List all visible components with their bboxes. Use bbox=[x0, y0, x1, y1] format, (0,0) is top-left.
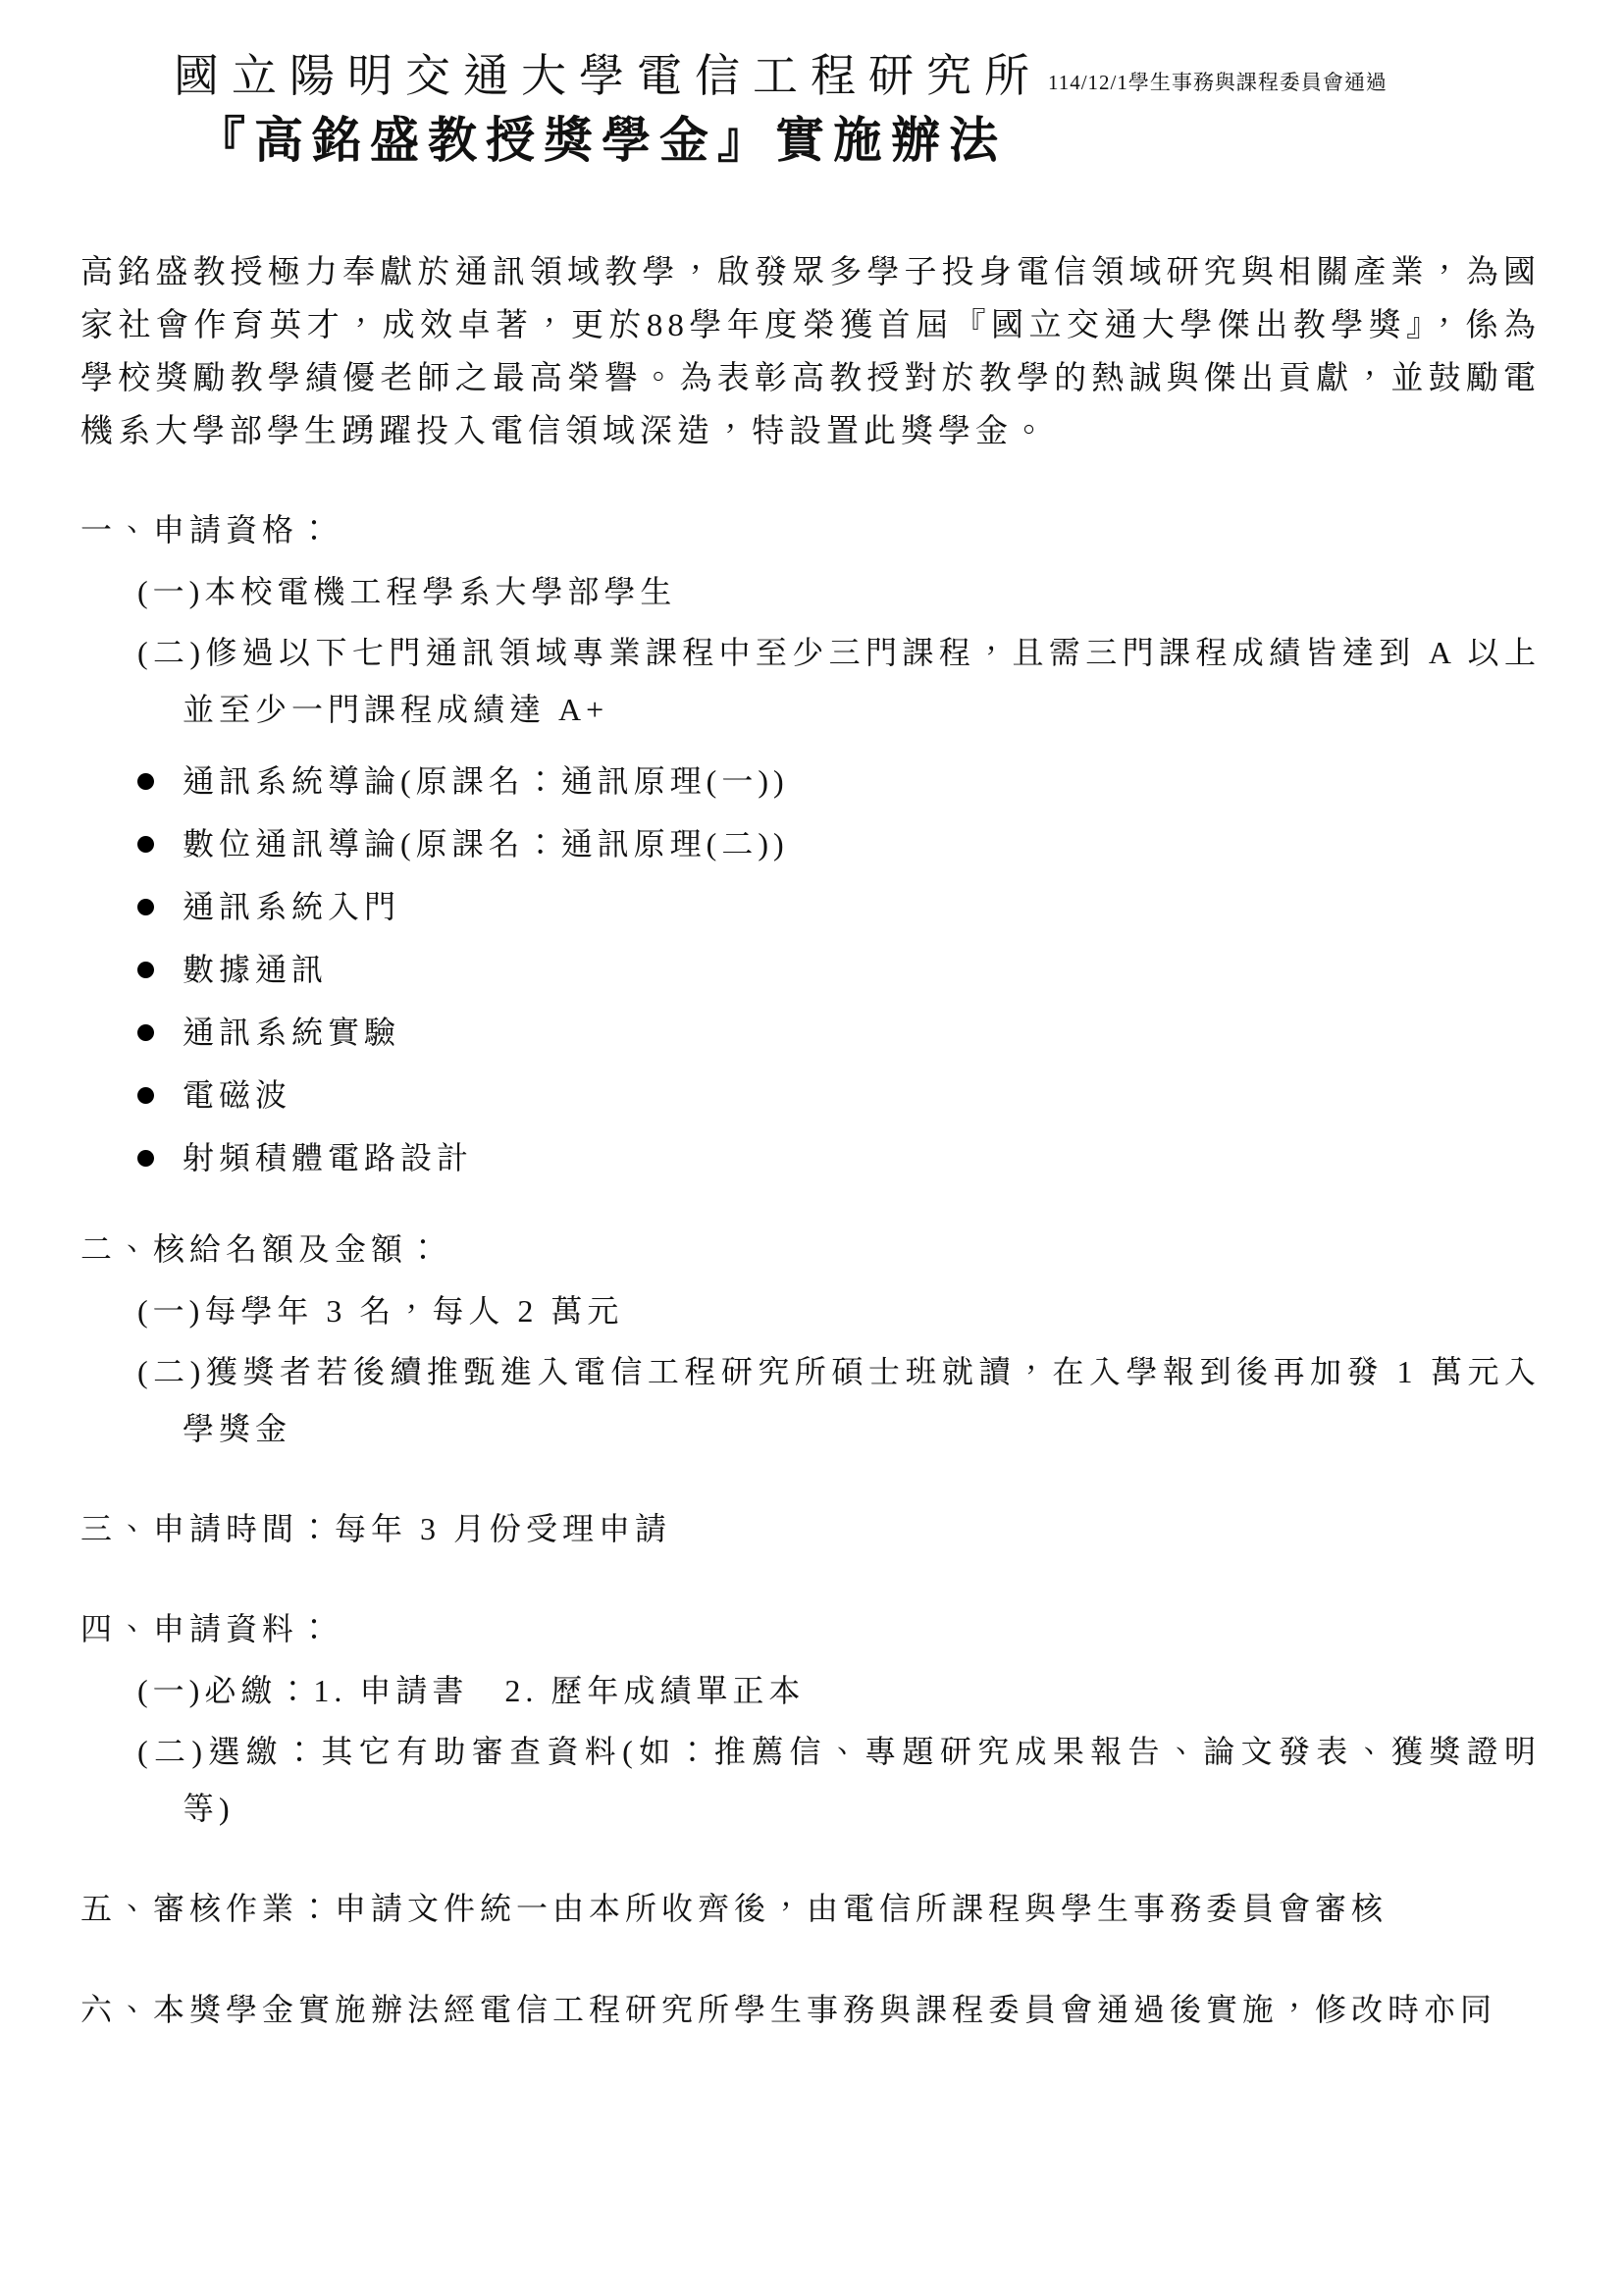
bullet-icon bbox=[137, 899, 154, 915]
bullet-icon bbox=[137, 962, 154, 978]
course-list-item: 通訊系統導論(原課名：通訊原理(一)) bbox=[137, 761, 1541, 801]
intro-paragraph: 高銘盛教授極力奉獻於通訊領域教學，啟發眾多學子投身電信領域研究與相關產業，為國家… bbox=[80, 246, 1541, 458]
section-item: (一)本校電機工程學系大學部學生 bbox=[137, 563, 1541, 620]
bullet-icon bbox=[137, 1024, 154, 1041]
course-list-item: 數據通訊 bbox=[137, 950, 1541, 989]
section-heading: 一、申請資格： bbox=[80, 501, 1541, 558]
course-name: 電磁波 bbox=[183, 1075, 291, 1115]
section-heading: 六、本獎學金實施辦法經電信工程研究所學生事務與課程委員會通過後實施，修改時亦同 bbox=[80, 1981, 1541, 2038]
course-name: 通訊系統導論(原課名：通訊原理(一)) bbox=[183, 761, 789, 801]
bullet-icon bbox=[137, 836, 154, 853]
course-name: 數據通訊 bbox=[183, 950, 328, 989]
section-quota-amount: 二、核給名額及金額： (一)每學年 3 名，每人 2 萬元 (二)獲獎者若後續推… bbox=[80, 1221, 1541, 1457]
bullet-icon bbox=[137, 773, 154, 790]
section-review-process: 五、審核作業：申請文件統一由本所收齊後，由電信所課程與學生事務委員會審核 bbox=[80, 1880, 1541, 1937]
section-item: (二)選繳：其它有助審查資料(如：推薦信、專題研究成果報告、論文發表、獲獎證明等… bbox=[137, 1723, 1541, 1837]
course-list-item: 電磁波 bbox=[137, 1075, 1541, 1115]
section-application-documents: 四、申請資料： (一)必繳：1. 申請書 2. 歷年成績單正本 (二)選繳：其它… bbox=[80, 1600, 1541, 1837]
section-heading: 三、申請時間：每年 3 月份受理申請 bbox=[80, 1500, 1541, 1557]
bullet-icon bbox=[137, 1087, 154, 1104]
course-list-item: 通訊系統實驗 bbox=[137, 1013, 1541, 1052]
section-heading: 二、核給名額及金額： bbox=[80, 1221, 1541, 1278]
course-list-item: 數位通訊導論(原課名：通訊原理(二)) bbox=[137, 824, 1541, 863]
page-title: 國立陽明交通大學電信工程研究所 bbox=[174, 51, 1042, 103]
document-header: 國立陽明交通大學電信工程研究所 114/12/1學生事務與課程委員會通過 『高銘… bbox=[80, 51, 1541, 170]
section-heading: 四、申請資料： bbox=[80, 1600, 1541, 1657]
section-item: (一)必繳：1. 申請書 2. 歷年成績單正本 bbox=[137, 1662, 1541, 1719]
course-name: 數位通訊導論(原課名：通訊原理(二)) bbox=[183, 824, 789, 863]
section-item: (二)獲獎者若後續推甄進入電信工程研究所碩士班就讀，在入學報到後再加發 1 萬元… bbox=[137, 1343, 1541, 1457]
bullet-icon bbox=[137, 1150, 154, 1167]
section-enforcement: 六、本獎學金實施辦法經電信工程研究所學生事務與課程委員會通過後實施，修改時亦同 bbox=[80, 1981, 1541, 2038]
title-row: 國立陽明交通大學電信工程研究所 114/12/1學生事務與課程委員會通過 bbox=[174, 51, 1541, 103]
course-list: 通訊系統導論(原課名：通訊原理(一)) 數位通訊導論(原課名：通訊原理(二)) … bbox=[137, 761, 1541, 1177]
course-name: 射頻積體電路設計 bbox=[183, 1138, 473, 1177]
section-item: (一)每學年 3 名，每人 2 萬元 bbox=[137, 1282, 1541, 1339]
section-item: (二)修過以下七門通訊領域專業課程中至少三門課程，且需三門課程成績皆達到 A 以… bbox=[137, 624, 1541, 738]
section-eligibility: 一、申請資格： (一)本校電機工程學系大學部學生 (二)修過以下七門通訊領域專業… bbox=[80, 501, 1541, 1177]
course-list-item: 通訊系統入門 bbox=[137, 887, 1541, 926]
course-name: 通訊系統入門 bbox=[183, 887, 400, 926]
page-subtitle: 『高銘盛教授獎學金』實施辦法 bbox=[196, 111, 1541, 170]
section-application-period: 三、申請時間：每年 3 月份受理申請 bbox=[80, 1500, 1541, 1557]
document-page: 國立陽明交通大學電信工程研究所 114/12/1學生事務與課程委員會通過 『高銘… bbox=[0, 0, 1624, 2295]
course-name: 通訊系統實驗 bbox=[183, 1013, 400, 1052]
course-list-item: 射頻積體電路設計 bbox=[137, 1138, 1541, 1177]
approval-note: 114/12/1學生事務與課程委員會通過 bbox=[1048, 67, 1388, 103]
section-heading: 五、審核作業：申請文件統一由本所收齊後，由電信所課程與學生事務委員會審核 bbox=[80, 1880, 1541, 1937]
